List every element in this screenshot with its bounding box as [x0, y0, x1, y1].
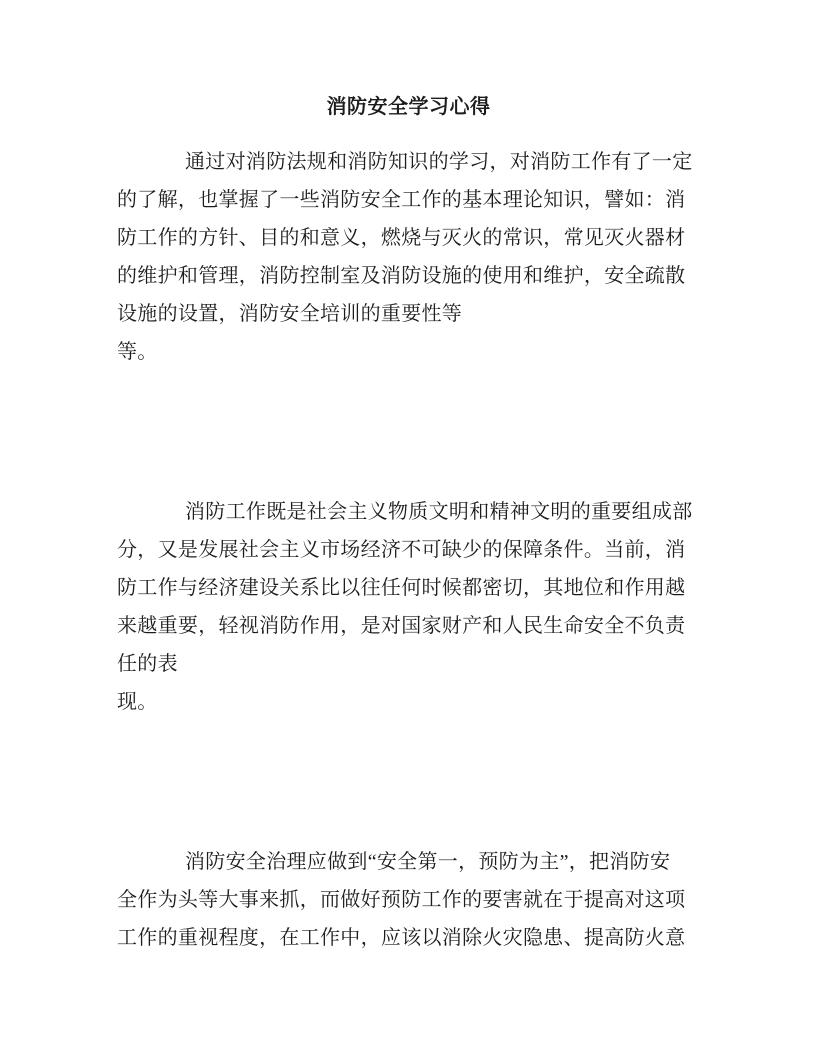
text-line: 消防安全治理应做到“安全第一，预防为主”，把消防安: [117, 843, 700, 881]
text-line: 现。: [117, 683, 700, 721]
document-body: 通过对消防法规和消防知识的学习，对消防工作有了一定的了解，也掌握了一些消防安全工…: [117, 143, 700, 957]
text-line: 的了解，也掌握了一些消防安全工作的基本理论知识，譬如：消: [117, 181, 700, 219]
paragraph: 通过对消防法规和消防知识的学习，对消防工作有了一定的了解，也掌握了一些消防安全工…: [117, 143, 700, 371]
paragraph: 消防安全治理应做到“安全第一，预防为主”，把消防安全作为头等大事来抓，而做好预防…: [117, 843, 700, 957]
text-line: 任的表: [117, 645, 700, 683]
text-line: 消防工作既是社会主义物质文明和精神文明的重要组成部: [117, 493, 700, 531]
text-line: 分，又是发展社会主义市场经济不可缺少的保障条件。当前，消: [117, 531, 700, 569]
paragraph: 消防工作既是社会主义物质文明和精神文明的重要组成部分，又是发展社会主义市场经济不…: [117, 493, 700, 721]
text-line: 全作为头等大事来抓，而做好预防工作的要害就在于提高对这项: [117, 881, 700, 919]
text-line: 防工作与经济建设关系比以往任何时候都密切，其地位和作用越: [117, 569, 700, 607]
text-line: 设施的设置，消防安全培训的重要性等: [117, 295, 700, 333]
text-line: 工作的重视程度，在工作中，应该以消除火灾隐患、提高防火意: [117, 919, 700, 957]
text-line: 等。: [117, 333, 700, 371]
text-line: 防工作的方针、目的和意义，燃烧与灭火的常识，常见灭火器材: [117, 219, 700, 257]
document-title: 消防安全学习心得: [117, 88, 700, 126]
text-line: 的维护和管理，消防控制室及消防设施的使用和维护，安全疏散: [117, 257, 700, 295]
document-page: 消防安全学习心得 通过对消防法规和消防知识的学习，对消防工作有了一定的了解，也掌…: [0, 0, 816, 1056]
text-line: 来越重要，轻视消防作用，是对国家财产和人民生命安全不负责: [117, 607, 700, 645]
text-line: 通过对消防法规和消防知识的学习，对消防工作有了一定: [117, 143, 700, 181]
